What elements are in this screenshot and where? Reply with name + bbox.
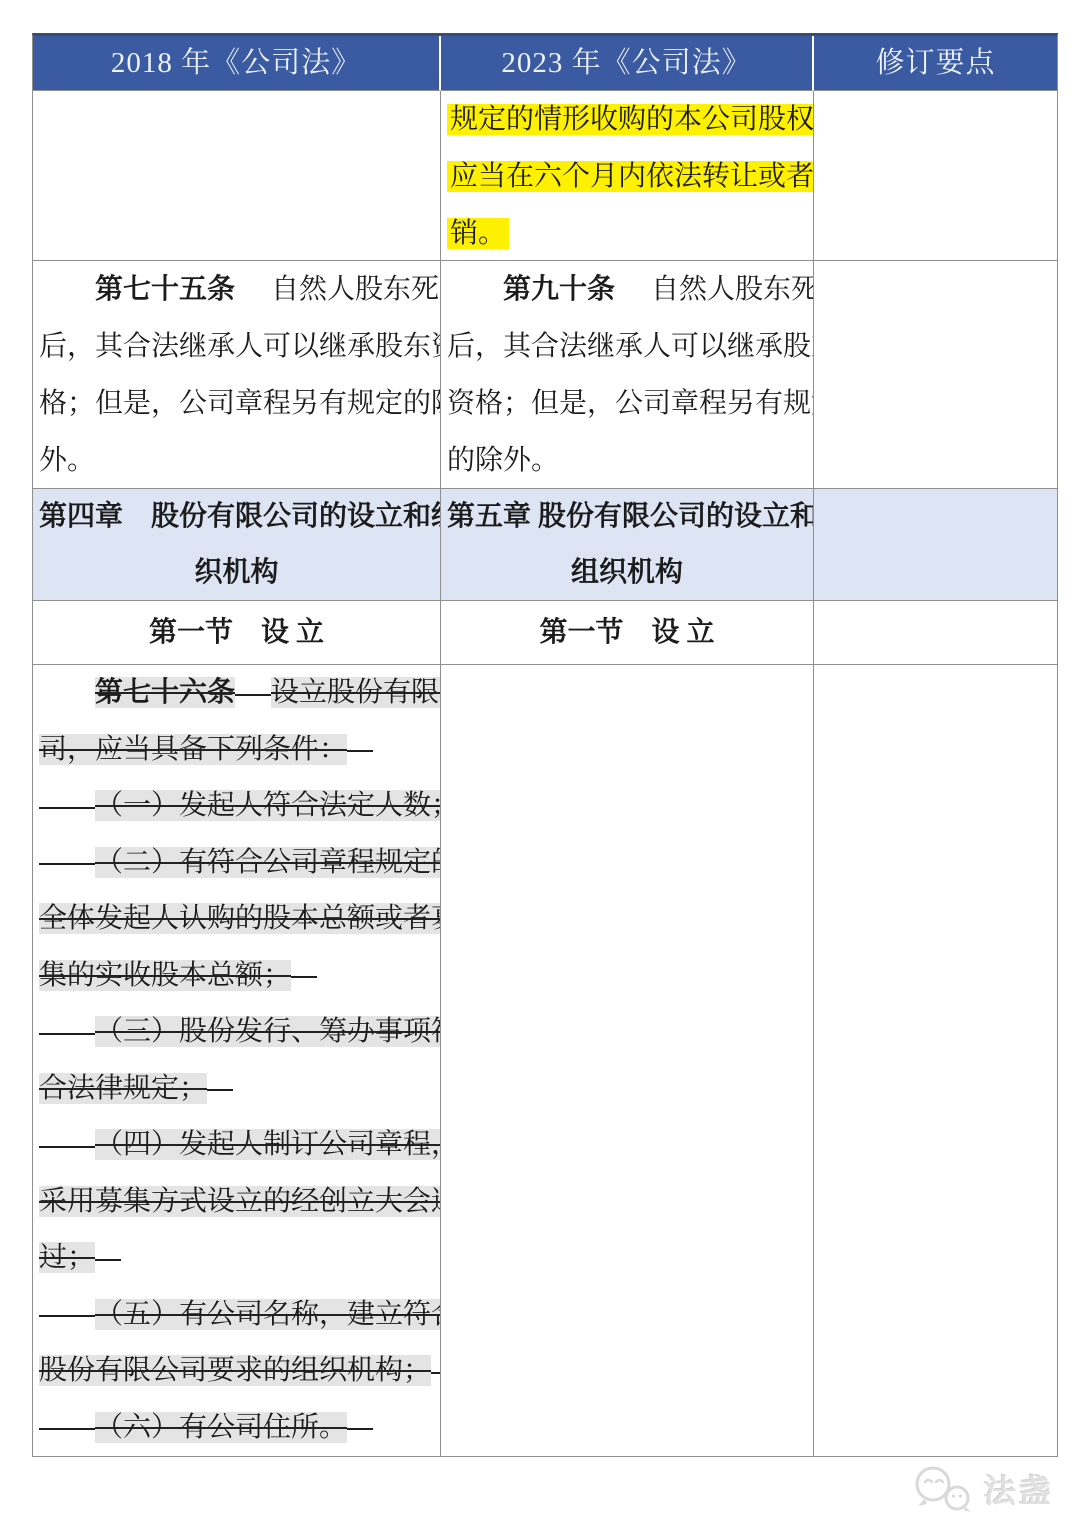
- strike-spacer: [39, 1029, 95, 1039]
- deleted-line: 股份有限公司要求的组织机构；: [39, 1343, 434, 1400]
- deleted-line: （五）有公司名称，建立符合: [39, 1287, 434, 1344]
- deleted-text: 集的实收股本总额；: [39, 960, 291, 991]
- cell-2018-article76-deleted: 第七十六条设立股份有限公 司，应当具备下列条件： （一）发起人符合法定人数； （…: [33, 665, 441, 1456]
- deleted-line: 集的实收股本总额；: [39, 948, 434, 1005]
- cell-notes-article76-empty: [814, 665, 1057, 1456]
- strike-spacer: [39, 1424, 95, 1434]
- deleted-line: 全体发起人认购的股本总额或者募: [39, 891, 434, 948]
- cell-2018-section1: 第一节 设 立: [33, 601, 441, 665]
- deleted-line: 过；: [39, 1230, 434, 1287]
- text-line: 外。: [39, 432, 434, 489]
- cell-notes-chapter-empty: [814, 489, 1057, 601]
- header-label-2018: 2018 年《公司法》: [111, 36, 361, 91]
- text-line: 应当在六个月内依法转让或者注: [447, 148, 807, 205]
- deleted-line: （一）发起人符合法定人数；: [39, 778, 434, 835]
- watermark-text: 法盏: [984, 1466, 1054, 1512]
- strike-spacer: [347, 746, 373, 756]
- section-title: 第一节 设 立: [539, 604, 714, 661]
- cell-notes-buyback-empty: [814, 91, 1057, 261]
- deleted-line: （二）有符合公司章程规定的: [39, 835, 434, 892]
- cell-2023-article76-empty: [441, 665, 814, 1456]
- highlighted-text: 规定的情形收购的本公司股权，: [447, 104, 814, 135]
- header-cell-2023: 2023 年《公司法》: [441, 36, 814, 91]
- deleted-line: （六）有公司住所。: [39, 1400, 434, 1457]
- article-text: 自然人股东死亡: [651, 274, 814, 305]
- deleted-text: 合法律规定；: [39, 1073, 207, 1104]
- deleted-line: （三）股份发行、筹办事项符: [39, 1004, 434, 1061]
- deleted-text: （六）有公司住所。: [95, 1412, 347, 1443]
- header-label-notes: 修订要点: [875, 36, 995, 91]
- text-line: 格；但是，公司章程另有规定的除: [39, 375, 434, 432]
- strike-spacer: [39, 803, 95, 813]
- text-line: 后，其合法继承人可以继承股东资: [39, 318, 434, 375]
- cell-2023-buyback: 规定的情形收购的本公司股权， 应当在六个月内依法转让或者注 销。: [441, 91, 814, 261]
- cell-notes-article-empty: [814, 261, 1057, 489]
- article-number: 第九十条: [503, 274, 615, 305]
- text-line: 资格；但是，公司章程另有规定: [447, 375, 807, 432]
- cell-2018-buyback-empty: [33, 91, 441, 261]
- cell-2018-chapter4: 第四章 股份有限公司的设立和组 织机构: [33, 489, 441, 601]
- header-cell-2018: 2018 年《公司法》: [33, 36, 441, 91]
- deleted-text: （五）有公司名称，建立符合: [95, 1299, 441, 1330]
- deleted-line: 合法律规定；: [39, 1061, 434, 1118]
- deleted-text: 全体发起人认购的股本总额或者募: [39, 903, 441, 934]
- deleted-line: 司，应当具备下列条件：: [39, 722, 434, 779]
- wechat-sticker-icon: [910, 1462, 976, 1516]
- text-line: 销。: [447, 205, 807, 261]
- cell-2023-section1: 第一节 设 立: [441, 601, 814, 665]
- article-text: 自然人股东死亡: [271, 274, 441, 305]
- chapter-title-line: 第四章 股份有限公司的设立和组: [39, 489, 434, 545]
- chapter-title-line: 织机构: [39, 545, 434, 601]
- deleted-text: 设立股份有限公: [271, 677, 441, 708]
- strike-spacer: [95, 1255, 121, 1265]
- strike-spacer: [347, 1424, 373, 1434]
- watermark: 法盏: [910, 1462, 1054, 1516]
- text-line: 规定的情形收购的本公司股权，: [447, 91, 807, 148]
- deleted-text: （一）发起人符合法定人数；: [95, 790, 441, 821]
- strike-spacer: [431, 1368, 441, 1378]
- cell-notes-section-empty: [814, 601, 1057, 665]
- text-line: 第九十条自然人股东死亡: [447, 261, 807, 318]
- header-cell-notes: 修订要点: [814, 36, 1057, 91]
- text-line: 后，其合法继承人可以继承股东: [447, 318, 807, 375]
- article-number: 第七十五条: [95, 274, 235, 305]
- cell-2018-article75: 第七十五条自然人股东死亡 后，其合法继承人可以继承股东资 格；但是，公司章程另有…: [33, 261, 441, 489]
- deleted-text: 司，应当具备下列条件：: [39, 734, 347, 765]
- strike-spacer: [39, 1142, 95, 1152]
- highlighted-text: 销。: [447, 218, 509, 249]
- cell-2023-article90: 第九十条自然人股东死亡 后，其合法继承人可以继承股东 资格；但是，公司章程另有规…: [441, 261, 814, 489]
- article-number: 第七十六条: [95, 677, 235, 708]
- deleted-text: 过；: [39, 1242, 95, 1273]
- deleted-text: （二）有符合公司章程规定的: [95, 847, 441, 878]
- highlighted-text: 应当在六个月内依法转让或者注: [447, 161, 814, 192]
- strike-spacer: [291, 972, 317, 982]
- deleted-text: 采用募集方式设立的经创立大会通: [39, 1186, 441, 1217]
- deleted-line: 第七十六条设立股份有限公: [39, 665, 434, 722]
- header-label-2023: 2023 年《公司法》: [501, 36, 751, 91]
- deleted-text: 股份有限公司要求的组织机构；: [39, 1355, 431, 1386]
- cell-2023-chapter5: 第五章 股份有限公司的设立和 组织机构: [441, 489, 814, 601]
- strike-spacer: [235, 690, 271, 700]
- deleted-line: 采用募集方式设立的经创立大会通: [39, 1174, 434, 1231]
- deleted-line: （四）发起人制订公司章程，: [39, 1117, 434, 1174]
- strike-spacer: [207, 1085, 233, 1095]
- chapter-title-line: 组织机构: [447, 545, 807, 601]
- deleted-text: （四）发起人制订公司章程，: [95, 1129, 441, 1160]
- text-line: 第七十五条自然人股东死亡: [39, 261, 434, 318]
- chapter-title-line: 第五章 股份有限公司的设立和: [447, 489, 807, 545]
- deleted-text: （三）股份发行、筹办事项符: [95, 1016, 441, 1047]
- strike-spacer: [39, 859, 95, 869]
- strike-spacer: [39, 1311, 95, 1321]
- text-line: 的除外。: [447, 432, 807, 489]
- law-comparison-table: 2018 年《公司法》 2023 年《公司法》 修订要点 规定的情形收购的本公司…: [32, 33, 1058, 1457]
- section-title: 第一节 设 立: [149, 604, 324, 661]
